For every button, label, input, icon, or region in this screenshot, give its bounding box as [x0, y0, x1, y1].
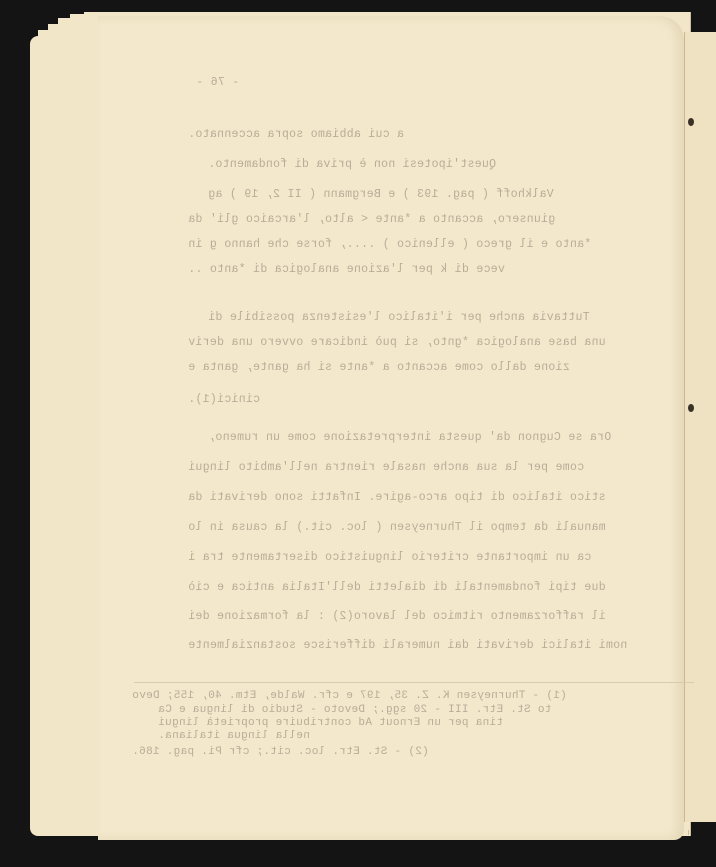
body-line: manuali da tempo il Thurneysen ( loc. ci…	[188, 521, 606, 534]
footnote-line: (2) - St. Etr. loc. cit.; cfr Pi. pag. 1…	[132, 746, 429, 758]
body-line: ca un importante criterio linguistico di…	[188, 551, 591, 564]
footnote-line: (1) - Thurneysen K. Z. 35, 197 e cfr. Wa…	[132, 690, 567, 702]
body-line: Ora se Cugnon da' questa interpretazione…	[208, 431, 611, 444]
body-line: Valkhoff ( pag. 193 ) e Bergmann ( II 2,…	[208, 188, 554, 201]
body-line: stico italico di tipo arco-agire. Infatt…	[188, 491, 606, 504]
body-line: a cui abbiamo sopra accennato.	[188, 128, 404, 141]
body-line: giunsero, accanto a *ante < alto, l'arca…	[188, 213, 555, 226]
body-line: Quest'ipotesi non è priva di fondamento.	[208, 158, 496, 171]
facing-page-edge	[684, 32, 716, 822]
body-line: una base analogica *gnto, si può indicar…	[188, 336, 606, 349]
body-line: vece di k per l'azione analogica di *ant…	[188, 263, 505, 276]
footnote-line: to St. Etr. III - 20 sgg.; Devoto - Stud…	[158, 704, 551, 716]
body-line: il rafforzamento ritmico del lavoro(2) :…	[188, 610, 606, 623]
body-line: zione dallo come accanto a *ante si ha g…	[188, 361, 570, 374]
footnote-line: nella lingua italiana.	[158, 730, 310, 742]
body-line: *anto e il greco ( ellenico ) ...., fors…	[188, 238, 591, 251]
body-line: Tuttavia anche per i'italico l'esistenza…	[208, 311, 590, 324]
footnote-rule	[134, 682, 694, 683]
binding-hole	[688, 404, 694, 412]
footnote-line: tina per un Ernout Ad contribuire propri…	[158, 717, 503, 729]
binding-hole	[688, 118, 694, 126]
body-line: cinici(1).	[188, 393, 260, 406]
body-line: come per la sua anche nasale rientra nel…	[188, 461, 584, 474]
page-number: - 76 -	[196, 76, 239, 89]
body-line: nomi italici derivati dai numerali diffe…	[188, 639, 627, 652]
body-line: due tipi fondamentali di dialetti dell'I…	[188, 581, 606, 594]
